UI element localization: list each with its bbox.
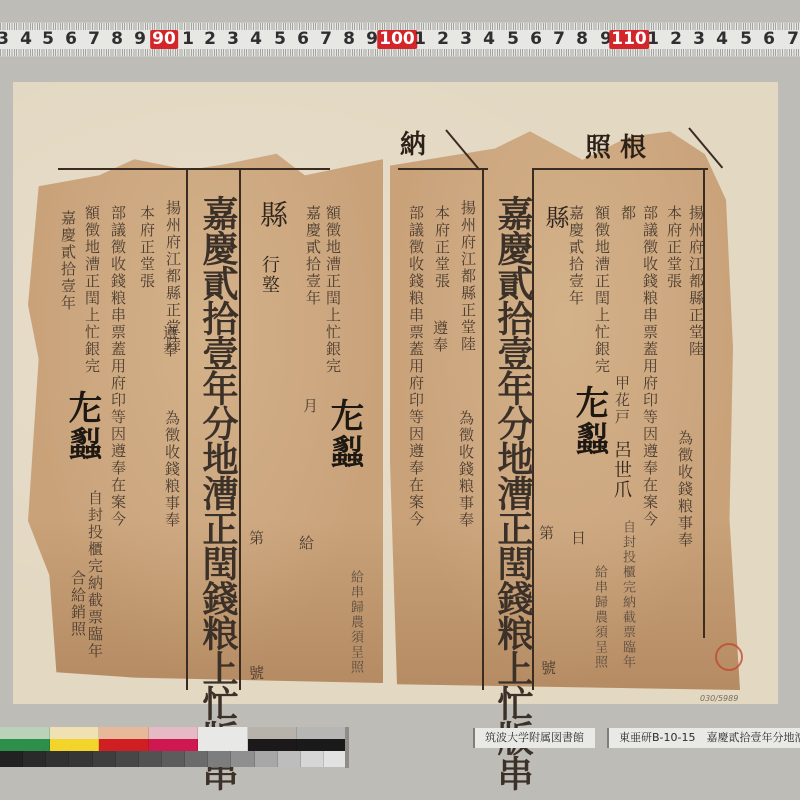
color-chart-grayscale-row xyxy=(0,751,347,767)
ruler-number: 8 xyxy=(111,30,123,49)
ruler-number: 1 xyxy=(647,30,659,49)
color-chart-edge xyxy=(345,727,349,768)
library-label: 筑波大学附属図書館 xyxy=(473,728,595,748)
ruler-number: 100 xyxy=(377,30,417,49)
header-char-zhao: 照 xyxy=(585,127,611,164)
color-swatch xyxy=(297,739,347,751)
slip-give-left: 給 xyxy=(296,535,317,552)
catalog-number: 030/5989 xyxy=(700,694,738,703)
header-char-gen: 根 xyxy=(620,127,646,164)
ruler-number: 4 xyxy=(483,30,495,49)
slip-title-left: 嘉慶貳拾壹年分地漕正閏錢粮上忙版串 xyxy=(193,195,244,790)
library-seal-stamp xyxy=(715,643,743,671)
slip-county-left: 縣 xyxy=(252,200,292,230)
item-label: 東亜研B-10-15 嘉慶貳拾壹年分地漕正閏銭 xyxy=(607,728,800,748)
ruler-number: 3 xyxy=(460,30,472,49)
slip-note3-left: 給串歸農須呈照 xyxy=(346,570,365,675)
color-swatch xyxy=(69,751,92,767)
ruler-ticks-bottom xyxy=(0,49,800,56)
color-swatch xyxy=(139,751,162,767)
color-swatch xyxy=(185,751,208,767)
header-char-na: 納 xyxy=(400,124,426,161)
ruler-number: 7 xyxy=(320,30,332,49)
slip-du-right: 都 xyxy=(618,205,639,222)
frame-line-top-left xyxy=(58,168,330,170)
color-swatch xyxy=(0,751,23,767)
color-swatch xyxy=(0,727,50,739)
color-swatch xyxy=(149,727,199,739)
ruler-number: 5 xyxy=(740,30,752,49)
slip-purpose2-right: 為徴收錢粮事奉 xyxy=(675,430,696,549)
slip-hao-left: 號 xyxy=(246,665,267,682)
frame-line-top xyxy=(398,168,488,170)
slip-obey-left: 遵奉 xyxy=(160,325,181,359)
ruler-number: 1 xyxy=(414,30,426,49)
slip-name-right: 呂世爪 xyxy=(608,440,634,500)
slip-title-right: 嘉慶貳拾壹年分地漕正閏錢粮上忙版串 xyxy=(488,195,539,790)
slip-amount2-left: 額徴地漕正閏上忙銀完 xyxy=(323,205,344,375)
ruler-number: 9 xyxy=(366,30,378,49)
slip-office2-right: 本府正堂張 xyxy=(664,205,685,290)
color-calibration-chart xyxy=(0,727,347,767)
ruler-number: 7 xyxy=(553,30,565,49)
ruler-number: 7 xyxy=(88,30,100,49)
ruler-number: 1 xyxy=(182,30,194,49)
ruler-number: 7 xyxy=(787,30,799,49)
color-swatch xyxy=(0,739,50,751)
ruler-number: 9 xyxy=(134,30,146,49)
ruler-number: 3 xyxy=(0,30,9,49)
slip-amount-right: 額徴地漕正閏上忙銀完 xyxy=(592,205,613,375)
color-swatch xyxy=(50,739,100,751)
color-swatch xyxy=(248,727,298,739)
color-swatch xyxy=(248,739,298,751)
seal-mark-left: 㔫蠫 xyxy=(58,390,107,462)
ruler-number: 2 xyxy=(437,30,449,49)
slip-month-left: 月 xyxy=(300,398,321,415)
measurement-ruler: 3456789901234567891001234567891101234567 xyxy=(0,22,800,57)
color-swatch xyxy=(93,751,116,767)
color-swatch xyxy=(301,751,324,767)
slip-dept2-right: 部議徴收錢粮串票蓋用府印等因遵奉在案今 xyxy=(640,205,661,528)
slip-dept-right: 部議徴收錢粮串票蓋用府印等因遵奉在案今 xyxy=(406,205,427,528)
frame-line-vertical xyxy=(482,168,484,690)
color-swatch xyxy=(278,751,301,767)
color-swatch xyxy=(198,727,248,739)
color-swatch xyxy=(231,751,254,767)
ruler-number: 4 xyxy=(20,30,32,49)
color-chart-pastel-row xyxy=(0,727,347,739)
ruler-number: 6 xyxy=(65,30,77,49)
slip-dept-left: 部議徴收錢粮串票蓋用府印等因遵奉在案今 xyxy=(108,205,129,528)
slip-issuer-right: 揚州府江都縣正堂陸 xyxy=(458,200,479,353)
color-swatch xyxy=(297,727,347,739)
color-swatch xyxy=(149,739,199,751)
slip-hand-left: 行墪 xyxy=(256,255,282,295)
color-swatch xyxy=(99,739,149,751)
ruler-number: 8 xyxy=(576,30,588,49)
slip-note2-right: 給串歸農須呈照 xyxy=(590,565,609,670)
ruler-number: 2 xyxy=(204,30,216,49)
slip-amount-left: 額徴地漕正閏上忙銀完 xyxy=(82,205,103,375)
slip-purpose-right: 為徴收錢粮事奉 xyxy=(456,410,477,529)
slip-year-left: 嘉慶貳拾壹年 xyxy=(58,210,79,312)
ruler-number: 2 xyxy=(670,30,682,49)
slip-obey-right: 遵奉 xyxy=(430,320,451,354)
ruler-number: 4 xyxy=(716,30,728,49)
slip-number-right: 第 xyxy=(536,525,557,542)
slip-issuer2-right: 揚州府江都縣正堂陸 xyxy=(686,205,707,358)
ruler-number: 3 xyxy=(227,30,239,49)
slip-note2-left: 合給銷照 xyxy=(68,570,89,638)
slip-day-right: 日 xyxy=(568,530,589,547)
color-swatch xyxy=(23,751,46,767)
color-swatch xyxy=(255,751,278,767)
ruler-number: 3 xyxy=(693,30,705,49)
slip-year2-left: 嘉慶貳拾壹年 xyxy=(303,205,324,307)
ruler-number: 6 xyxy=(763,30,775,49)
color-swatch xyxy=(162,751,185,767)
ruler-number: 5 xyxy=(42,30,54,49)
ruler-number: 8 xyxy=(343,30,355,49)
color-swatch xyxy=(198,739,248,751)
ruler-number: 4 xyxy=(250,30,262,49)
ruler-number: 6 xyxy=(530,30,542,49)
color-swatch xyxy=(46,751,69,767)
slip-office-left: 本府正堂張 xyxy=(137,205,158,290)
color-chart-saturated-row xyxy=(0,739,347,751)
seal-mark-right: 㔫蠫 xyxy=(565,385,614,457)
slip-hao-right: 號 xyxy=(538,660,559,677)
slip-number-left: 第 xyxy=(246,530,267,547)
ruler-number: 5 xyxy=(274,30,286,49)
slip-hu-right: 甲花戸 xyxy=(612,375,633,426)
color-swatch xyxy=(208,751,231,767)
ruler-number: 5 xyxy=(507,30,519,49)
color-swatch xyxy=(116,751,139,767)
ruler-number: 90 xyxy=(150,30,178,49)
seal-mark-left-2: 㔫蠫 xyxy=(320,398,369,470)
slip-purpose-left: 為徴收錢粮事奉 xyxy=(162,410,183,529)
color-swatch xyxy=(99,727,149,739)
slip-office-right: 本府正堂張 xyxy=(432,205,453,290)
color-swatch xyxy=(50,727,100,739)
frame-line-vertical xyxy=(186,168,188,690)
ruler-number: 6 xyxy=(297,30,309,49)
frame-line-top xyxy=(532,168,708,170)
slip-year-right: 嘉慶貳拾壹年 xyxy=(566,205,587,307)
color-swatch xyxy=(324,751,347,767)
ruler-number: 110 xyxy=(609,30,649,49)
slip-note-right: 自封投櫃完納截票臨年 xyxy=(618,520,637,670)
